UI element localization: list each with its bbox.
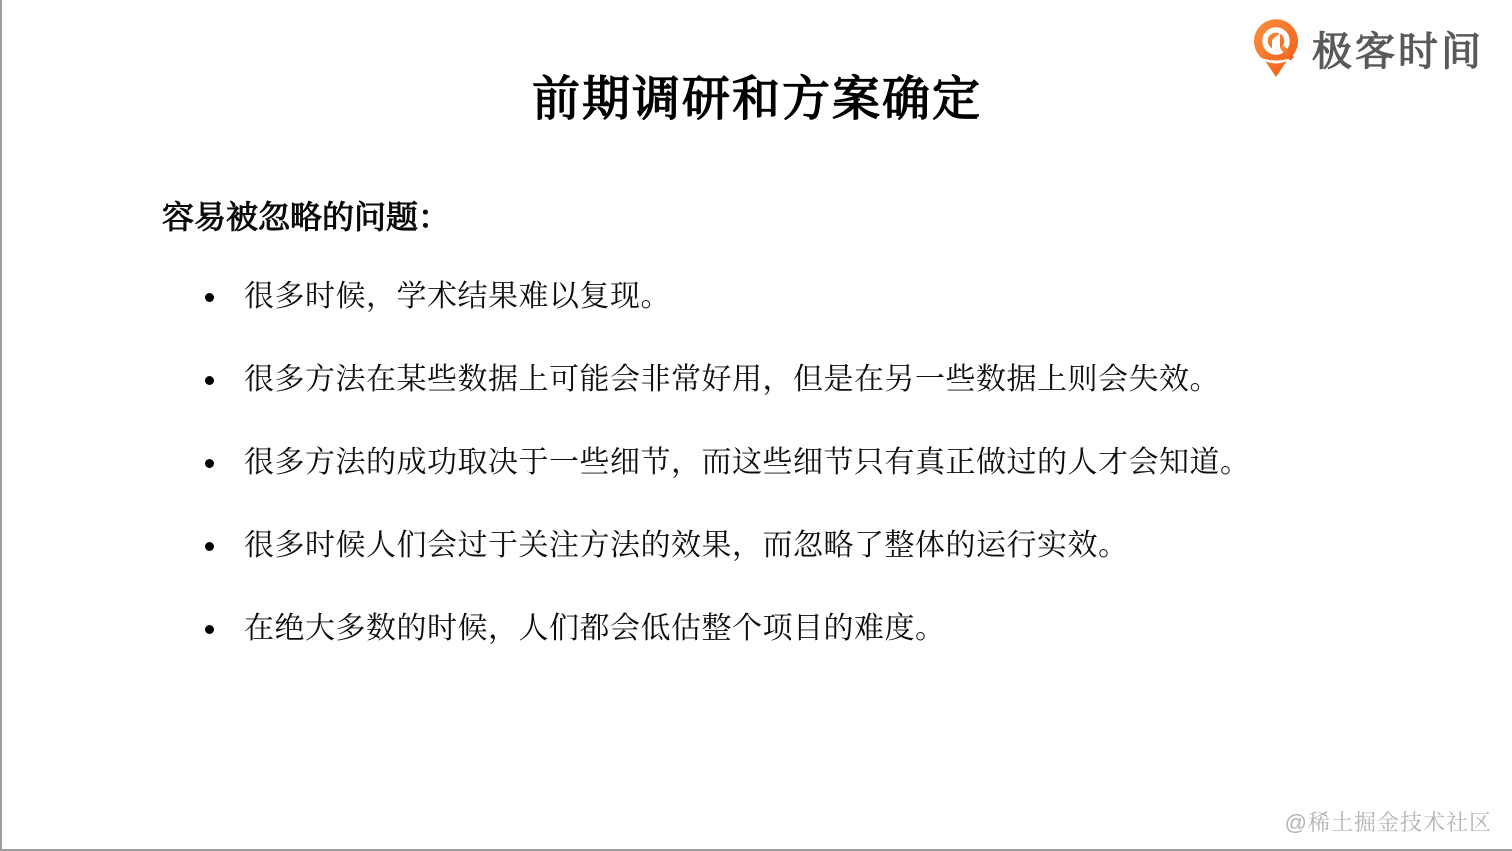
geektime-logo: 极客时间	[1252, 18, 1484, 78]
geektime-pin-icon	[1252, 18, 1300, 78]
list-item: 很多时候人们会过于关注方法的效果，而忽略了整体的运行实效。	[205, 530, 1251, 562]
bullet-dot	[205, 625, 214, 634]
list-item: 很多方法的成功取决于一些细节，而这些细节只有真正做过的人才会知道。	[205, 447, 1251, 479]
geektime-logo-text: 极客时间	[1312, 20, 1484, 77]
bullet-dot	[205, 376, 214, 385]
bullet-dot	[205, 293, 214, 302]
bullet-text: 很多时候，学术结果难以复现。	[244, 281, 671, 313]
list-item: 很多方法在某些数据上可能会非常好用，但是在另一些数据上则会失效。	[205, 364, 1251, 396]
list-item: 很多时候，学术结果难以复现。	[205, 281, 1251, 313]
bullet-text: 很多方法在某些数据上可能会非常好用，但是在另一些数据上则会失效。	[244, 364, 1220, 396]
bullet-text: 很多时候人们会过于关注方法的效果，而忽略了整体的运行实效。	[244, 530, 1129, 562]
bullet-dot	[205, 459, 214, 468]
section-heading: 容易被忽略的问题：	[162, 192, 450, 238]
bullet-text: 很多方法的成功取决于一些细节，而这些细节只有真正做过的人才会知道。	[244, 447, 1251, 479]
bullet-dot	[205, 542, 214, 551]
list-item: 在绝大多数的时候，人们都会低估整个项目的难度。	[205, 613, 1251, 645]
bullet-list: 很多时候，学术结果难以复现。 很多方法在某些数据上可能会非常好用，但是在另一些数…	[205, 281, 1251, 696]
watermark: @稀土掘金技术社区	[1285, 806, 1492, 837]
bullet-text: 在绝大多数的时候，人们都会低估整个项目的难度。	[244, 613, 946, 645]
slide-canvas: 前期调研和方案确定 极客时间 容易被忽略的问题： 很多时候	[0, 0, 1512, 851]
